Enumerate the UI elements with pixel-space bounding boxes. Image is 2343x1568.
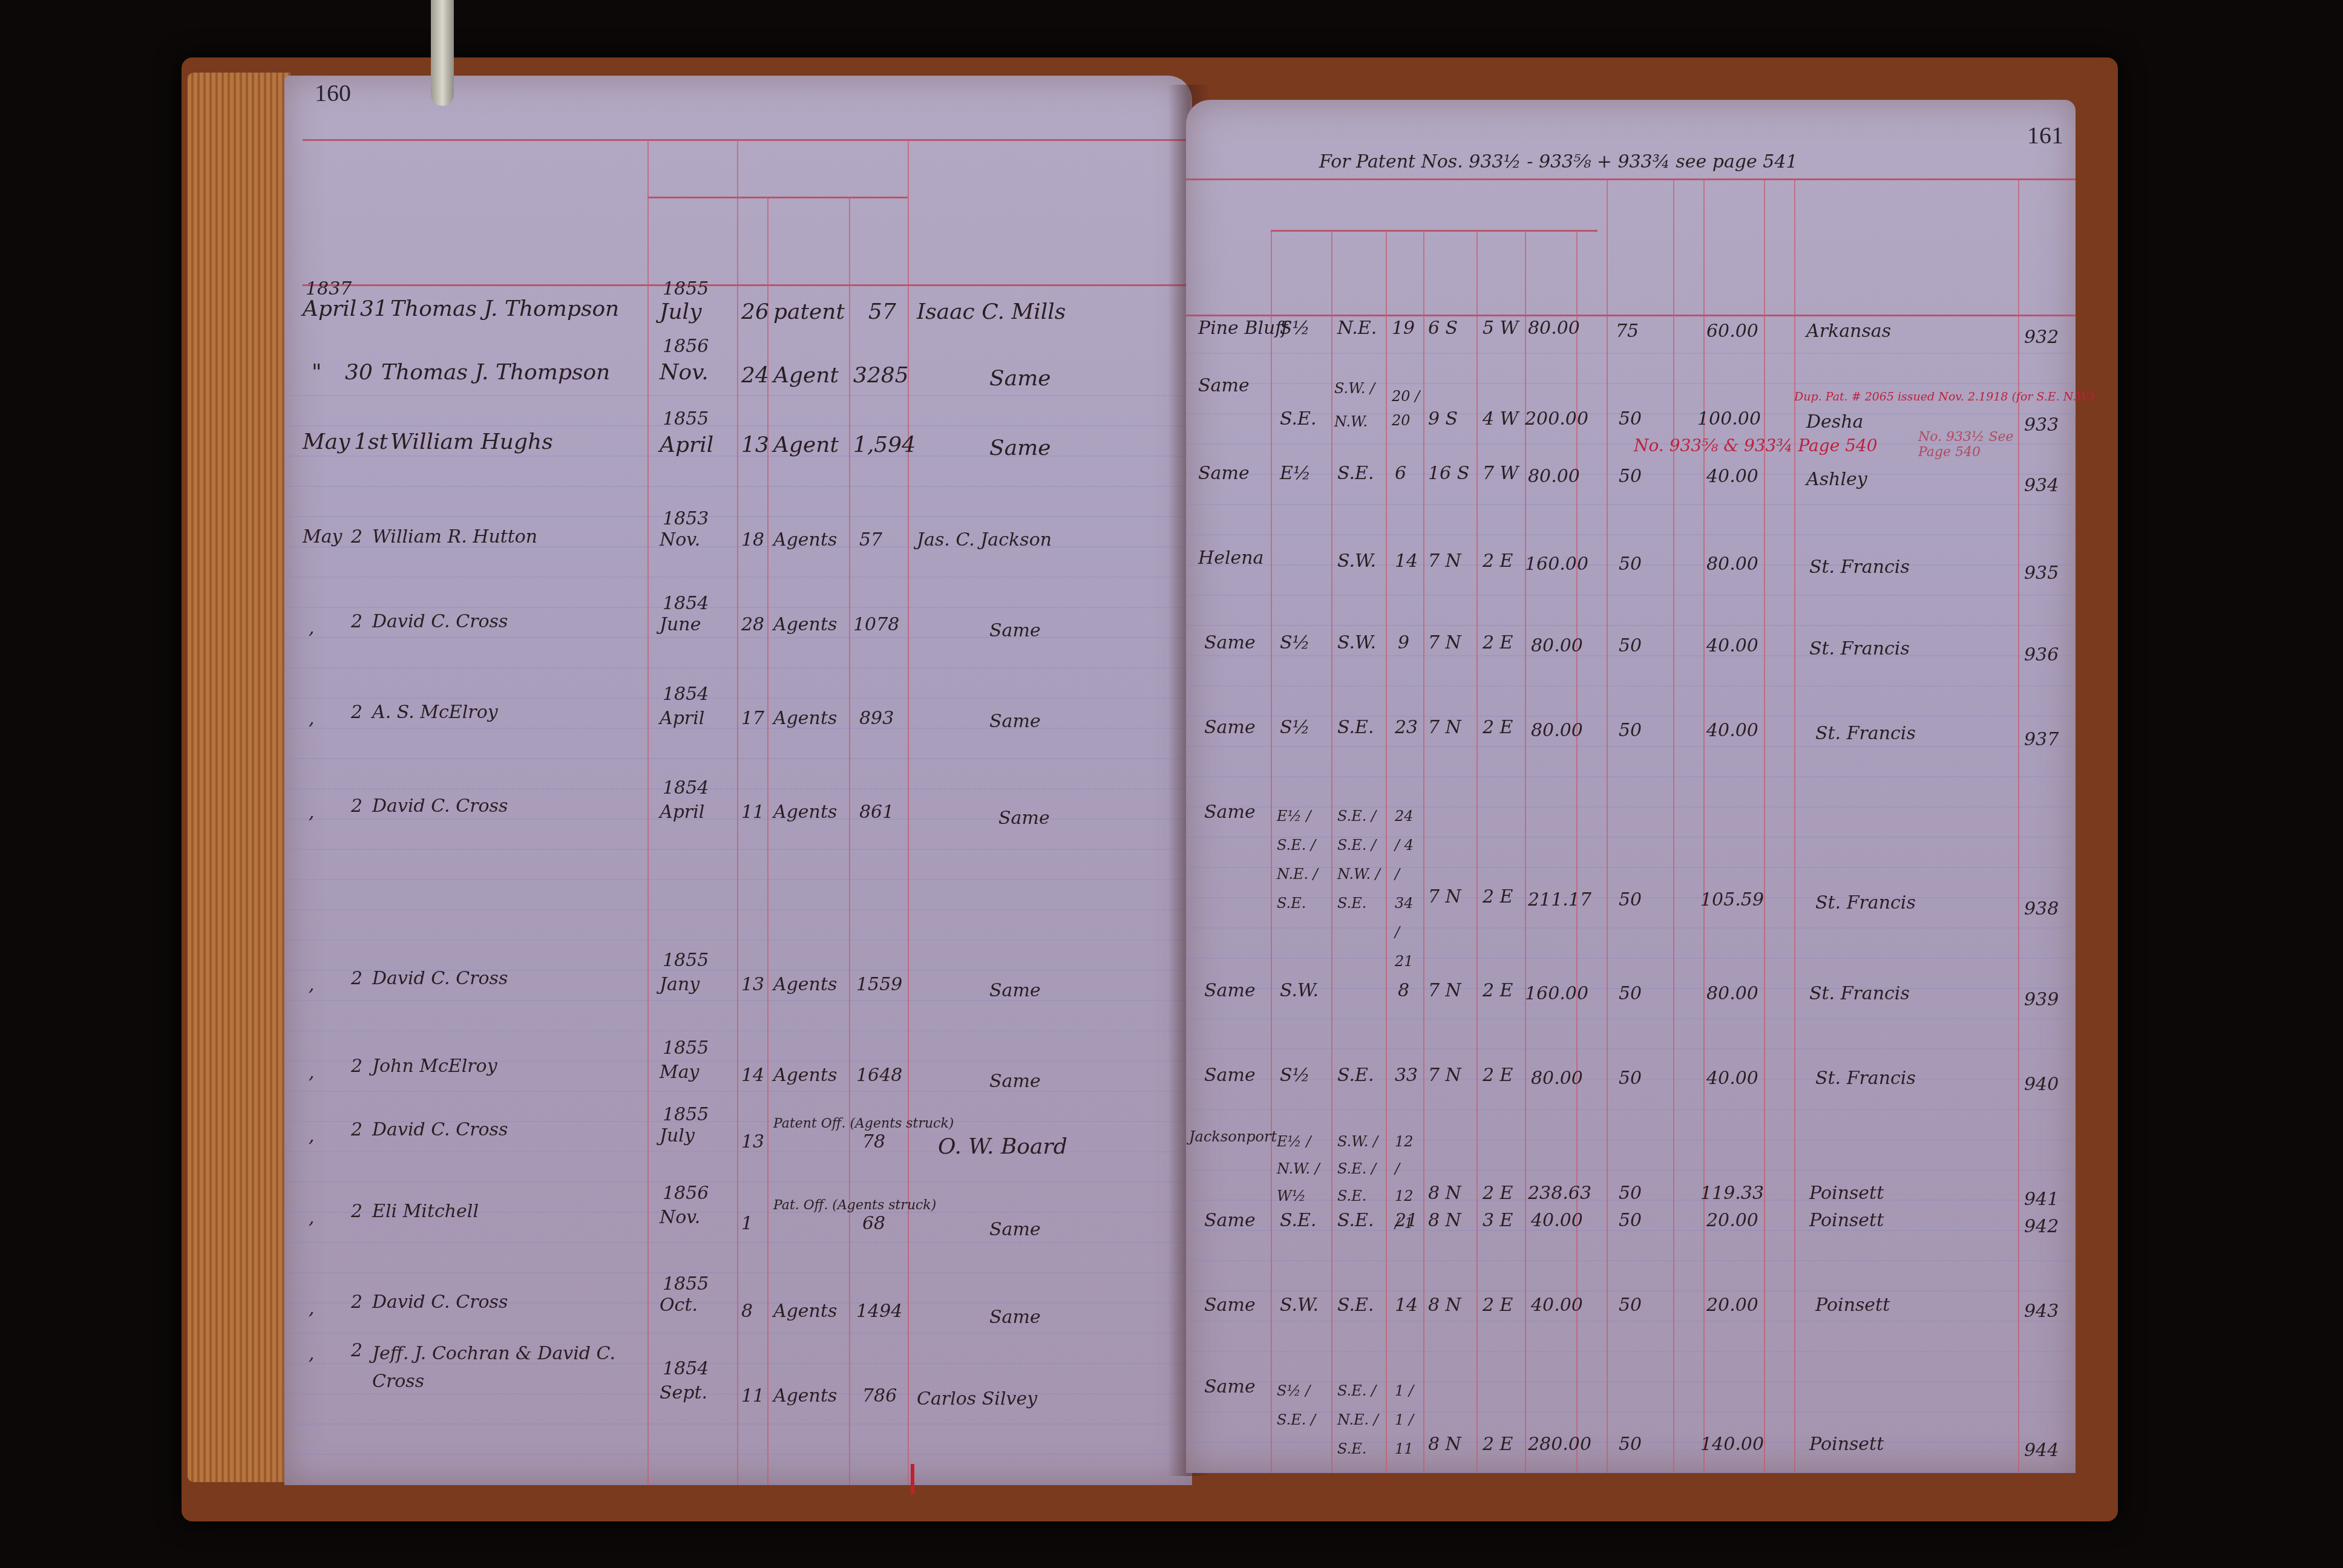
cert-day: 13 <box>741 1131 764 1152</box>
land-office: Same <box>1204 1376 1256 1397</box>
header-rule-top <box>1186 178 2076 180</box>
entry-day: 2 <box>351 611 362 632</box>
county: Poinsett <box>1815 1295 1890 1316</box>
subdivision-part: S.E. <box>1280 1210 1316 1231</box>
township: 8 N <box>1428 1210 1461 1231</box>
range: 2 E <box>1483 1434 1513 1455</box>
cert-year: 1855 <box>663 950 709 971</box>
land-office: Helena <box>1198 547 1263 569</box>
col-divider <box>849 197 850 1485</box>
entry-month: , <box>309 1125 315 1146</box>
entry-day: 1st <box>354 430 388 454</box>
township: 16 S <box>1428 463 1469 484</box>
patent-number: 932 <box>2024 327 2059 348</box>
cert-month: Nov. <box>660 360 709 385</box>
township: 7 N <box>1428 632 1461 653</box>
county: St. Francis <box>1815 1068 1916 1089</box>
acres: 80.00 <box>1531 720 1583 741</box>
acres: 160.00 <box>1525 983 1588 1004</box>
col-divider <box>2018 178 2019 1473</box>
quarter: S.E. / N.E. / S.E. <box>1337 1376 1386 1463</box>
acres: 80.00 <box>1531 1068 1583 1089</box>
entry-month: , <box>309 1207 315 1228</box>
acres: 40.00 <box>1531 1210 1583 1231</box>
section: 21 <box>1395 1210 1418 1231</box>
amount: 100.00 <box>1697 408 1761 430</box>
page-number-right: 161 <box>2027 121 2063 149</box>
land-office: Same <box>1204 1295 1256 1316</box>
entryman-name: David C. Cross <box>372 1119 508 1140</box>
entry-month: , <box>309 1062 315 1083</box>
price-rate: 50 <box>1619 889 1642 910</box>
left-page: 160 1837 April 31 Thomas J. Thompson 185… <box>284 76 1192 1485</box>
county: St. Francis <box>1809 557 1910 578</box>
entry-month: April <box>303 296 356 321</box>
subdivision-part: S.E. <box>1280 408 1316 430</box>
cert-day: 11 <box>741 1385 764 1406</box>
land-office: Pine Bluff <box>1198 318 1288 339</box>
section: 19 <box>1392 318 1415 339</box>
cert-day: 14 <box>741 1065 764 1086</box>
entry-day: 2 <box>351 1056 362 1077</box>
acres: 200.00 <box>1525 408 1588 430</box>
cert-number: 1648 <box>856 1065 902 1086</box>
cert-month: Nov. <box>660 529 700 550</box>
header-rule-bottom <box>303 284 1192 286</box>
township: 8 N <box>1428 1295 1461 1316</box>
issued-by: patent <box>773 299 845 324</box>
land-office: Jacksonport <box>1189 1128 1277 1145</box>
assignee: Same <box>989 711 1041 732</box>
township: 7 N <box>1428 1065 1461 1086</box>
range: 5 W <box>1483 318 1518 339</box>
entryman-name: Thomas J. Thompson <box>390 296 619 321</box>
amount: 60.00 <box>1706 321 1758 342</box>
issued-by: Agents <box>773 1065 837 1086</box>
page-edges <box>188 73 290 1482</box>
assignee: Jas. C. Jackson <box>917 529 1052 550</box>
range: 7 W <box>1483 463 1518 484</box>
entryman-name: William Hughs <box>390 430 553 454</box>
cert-number: 893 <box>859 708 894 729</box>
cert-day: 1 <box>741 1213 753 1234</box>
section: 9 <box>1398 632 1409 653</box>
land-office: Same <box>1204 632 1256 653</box>
cert-year: 1855 <box>663 1273 709 1295</box>
cert-number: 1559 <box>856 974 902 995</box>
cert-year: 1855 <box>663 1104 709 1125</box>
quarter: S.W. / N.W. <box>1334 372 1389 439</box>
issued-by: Pat. Off. (Agents struck) <box>773 1198 936 1213</box>
acres: 80.00 <box>1528 466 1580 487</box>
entry-month: , <box>309 708 315 729</box>
patent-number: 941 <box>2024 1189 2059 1210</box>
amount: 20.00 <box>1706 1210 1758 1231</box>
amount: 140.00 <box>1700 1434 1764 1455</box>
assignee: Same <box>989 1219 1041 1240</box>
issued-by: Agents <box>773 1301 837 1322</box>
red-ink-mark <box>911 1464 914 1494</box>
metal-bookmark-clip <box>431 0 454 106</box>
amount: 40.00 <box>1706 635 1758 656</box>
subdivision-part: S½ <box>1280 318 1310 339</box>
section: 20 / 20 <box>1392 384 1428 433</box>
col-divider <box>1331 230 1332 1473</box>
cert-number: 786 <box>862 1385 897 1406</box>
issued-by: Agent <box>773 363 839 388</box>
cert-year: 1856 <box>663 336 709 357</box>
cert-year: 1854 <box>663 593 709 614</box>
assignee: Same <box>989 620 1041 641</box>
col-divider <box>767 197 768 1485</box>
entry-day: 2 <box>351 702 362 723</box>
county: Poinsett <box>1809 1210 1884 1231</box>
col-divider <box>1673 178 1674 1473</box>
cert-year: 1855 <box>663 278 709 299</box>
col-divider <box>737 139 738 1485</box>
patent-number: 937 <box>2024 729 2059 750</box>
page-number-left: 160 <box>315 79 351 107</box>
subdivision-part: S½ / S.E. / <box>1277 1376 1331 1434</box>
county: St. Francis <box>1815 892 1916 913</box>
patent-number: 938 <box>2024 898 2059 920</box>
assignee: Same <box>989 436 1051 460</box>
subdivision-part: S½ <box>1280 632 1310 653</box>
patent-number: 942 <box>2024 1216 2059 1237</box>
quarter: S.W. <box>1337 550 1376 572</box>
issued-by: Patent Off. (Agents struck) <box>773 1116 954 1131</box>
subdivision-part: E½ / N.W. / W½ <box>1277 1128 1331 1210</box>
quarter: S.E. <box>1337 1295 1374 1316</box>
entryman-name: David C. Cross <box>372 1292 508 1313</box>
subdivision-part: E½ <box>1280 463 1311 484</box>
subdivision-part: S.W. <box>1280 1295 1319 1316</box>
col-divider <box>1271 230 1272 1473</box>
header-rule-top <box>303 139 1192 141</box>
price-rate: 50 <box>1619 1183 1642 1204</box>
subdivision-part: S.W. <box>1280 980 1319 1001</box>
amount: 40.00 <box>1706 1068 1758 1089</box>
issued-by: Agents <box>773 614 837 635</box>
acres: 211.17 <box>1528 889 1591 910</box>
range: 2 E <box>1483 550 1513 572</box>
entryman-name: A. S. McElroy <box>372 702 498 723</box>
section: 1 / 1 / 11 <box>1395 1376 1422 1463</box>
price-rate: 50 <box>1619 554 1642 575</box>
amount: 40.00 <box>1706 720 1758 741</box>
col-divider <box>647 139 649 1485</box>
entry-month: , <box>309 1298 315 1319</box>
header-rule-mid <box>647 197 908 198</box>
issued-by: Agents <box>773 974 837 995</box>
county: Arkansas <box>1806 321 1891 342</box>
cert-day: 13 <box>741 974 764 995</box>
range: 2 E <box>1483 1295 1513 1316</box>
township: 7 N <box>1428 886 1461 907</box>
cert-year: 1853 <box>663 508 709 529</box>
cert-day: 8 <box>741 1301 753 1322</box>
range: 2 E <box>1483 1183 1513 1204</box>
col-divider <box>1703 178 1705 1473</box>
entry-day: 2 <box>351 1340 362 1361</box>
cert-day: 17 <box>741 708 764 729</box>
township: 7 N <box>1428 980 1461 1001</box>
quarter: S.W. / S.E. / S.E. <box>1337 1128 1386 1210</box>
assignee: Same <box>989 980 1041 1001</box>
cert-number: 861 <box>859 802 894 823</box>
range: 2 E <box>1483 717 1513 738</box>
section: 24 / 4 / 34 / 21 <box>1395 802 1422 976</box>
entry-month: , <box>309 1343 315 1364</box>
cert-month: April <box>660 433 713 457</box>
entry-day: 2 <box>351 1201 362 1222</box>
red-annotation: Dup. Pat. # 2065 issued Nov. 2.1918 (for… <box>1794 390 2094 403</box>
patent-number: 943 <box>2024 1301 2059 1322</box>
range: 2 E <box>1483 980 1513 1001</box>
cert-day: 18 <box>741 529 764 550</box>
cert-month: Nov. <box>660 1207 700 1228</box>
township: 7 N <box>1428 717 1461 738</box>
price-rate: 50 <box>1619 466 1642 487</box>
cert-month: Oct. <box>660 1295 698 1316</box>
assignee: Carlos Silvey <box>917 1388 1037 1410</box>
range: 2 E <box>1483 886 1513 907</box>
entry-month: May <box>303 430 350 454</box>
right-page: 161 For Patent Nos. 933½ - 933⅝ + 933¾ s… <box>1186 100 2076 1473</box>
range: 4 W <box>1483 408 1518 430</box>
cert-year: 1855 <box>663 408 709 430</box>
entryman-name: John McElroy <box>372 1056 497 1077</box>
land-office: Same <box>1204 802 1256 823</box>
price-rate: 50 <box>1619 720 1642 741</box>
cert-year: 1854 <box>663 1358 709 1379</box>
entryman-name: Thomas J. Thompson <box>381 360 610 385</box>
cert-month: April <box>660 708 704 729</box>
quarter: S.E. / S.E. / N.W. / S.E. <box>1337 802 1386 918</box>
county: St. Francis <box>1809 638 1910 659</box>
entry-day: 2 <box>351 526 362 547</box>
entry-day: 2 <box>351 1119 362 1140</box>
patent-number: 940 <box>2024 1074 2059 1095</box>
county: Ashley <box>1806 469 1867 490</box>
land-office: Same <box>1204 717 1256 738</box>
subdivision-part: S½ <box>1280 1065 1310 1086</box>
entryman-name: David C. Cross <box>372 795 508 817</box>
assignee: O. W. Board <box>938 1134 1067 1159</box>
quarter: S.E. <box>1337 1065 1374 1086</box>
issued-by: Agents <box>773 1385 837 1406</box>
entry-month: , <box>309 974 315 995</box>
red-annotation: No. 933½ See Page 540 <box>1918 430 2015 460</box>
acres: 80.00 <box>1531 635 1583 656</box>
cert-year: 1855 <box>663 1037 709 1059</box>
entry-month: " <box>312 360 322 385</box>
county: Poinsett <box>1809 1434 1884 1455</box>
amount: 119.33 <box>1700 1183 1764 1204</box>
quarter: S.E. <box>1337 717 1374 738</box>
issued-by: Agents <box>773 802 837 823</box>
section: 33 <box>1395 1065 1418 1086</box>
patent-number: 933 <box>2024 414 2059 436</box>
col-divider <box>908 139 909 1485</box>
county: Desha <box>1806 411 1863 433</box>
price-rate: 75 <box>1616 321 1639 342</box>
amount: 40.00 <box>1706 466 1758 487</box>
col-divider <box>1764 178 1765 1473</box>
township: 9 S <box>1428 408 1458 430</box>
township: 8 N <box>1428 1434 1461 1455</box>
cert-number: 1078 <box>853 614 899 635</box>
cert-year: 1854 <box>663 684 709 705</box>
entry-month: , <box>309 802 315 823</box>
quarter: N.E. <box>1337 318 1377 339</box>
cert-day: 26 <box>741 299 769 324</box>
quarter: S.E. <box>1337 1210 1374 1231</box>
section: 23 <box>1395 717 1418 738</box>
section: 6 <box>1395 463 1406 484</box>
cert-year: 1856 <box>663 1183 709 1204</box>
price-rate: 50 <box>1619 635 1642 656</box>
cert-day: 28 <box>741 614 764 635</box>
entry-month: May <box>303 526 342 547</box>
acres: 280.00 <box>1528 1434 1591 1455</box>
amount: 80.00 <box>1706 554 1758 575</box>
issued-by: Agents <box>773 708 837 729</box>
assignee: Same <box>989 366 1051 391</box>
cert-month: April <box>660 802 704 823</box>
cert-month: Sept. <box>660 1382 707 1403</box>
entry-day: 2 <box>351 795 362 817</box>
cert-number: 3285 <box>853 363 909 388</box>
cert-month: June <box>660 614 701 635</box>
assignee: Same <box>989 1307 1041 1328</box>
quarter: S.E. <box>1337 463 1374 484</box>
range: 3 E <box>1483 1210 1513 1231</box>
subdivision-part: S½ <box>1280 717 1310 738</box>
cert-number: 1494 <box>856 1301 902 1322</box>
township: 8 N <box>1428 1183 1461 1204</box>
issued-by: Agents <box>773 529 837 550</box>
entry-day: 31 <box>360 296 388 321</box>
land-office: Same <box>1204 1210 1256 1231</box>
header-rule-mid <box>1271 230 1597 232</box>
land-office: Same <box>1198 375 1250 396</box>
acres: 238.63 <box>1528 1183 1591 1204</box>
cert-year: 1854 <box>663 777 709 799</box>
entryman-name: William R. Hutton <box>372 526 537 547</box>
county: St. Francis <box>1815 723 1916 744</box>
entry-month: , <box>309 617 315 638</box>
issued-by: Agent <box>773 433 839 457</box>
entryman-name: Eli Mitchell <box>372 1201 479 1222</box>
entryman-name: David C. Cross <box>372 968 508 989</box>
section: 8 <box>1398 980 1409 1001</box>
cert-month: May <box>660 1062 700 1083</box>
township: 7 N <box>1428 550 1461 572</box>
cert-number: 68 <box>862 1213 885 1234</box>
price-rate: 50 <box>1619 408 1642 430</box>
patent-number: 934 <box>2024 475 2059 496</box>
range: 2 E <box>1483 632 1513 653</box>
patent-number: 939 <box>2024 989 2059 1010</box>
land-office: Same <box>1204 1065 1256 1086</box>
price-rate: 50 <box>1619 1068 1642 1089</box>
price-rate: 50 <box>1619 1295 1642 1316</box>
entry-day: 30 <box>345 360 373 385</box>
price-rate: 50 <box>1619 983 1642 1004</box>
patent-number: 936 <box>2024 644 2059 665</box>
col-divider <box>1794 178 1795 1473</box>
land-office: Same <box>1198 463 1250 484</box>
section: 14 <box>1395 550 1418 572</box>
header-note: For Patent Nos. 933½ - 933⅝ + 933¾ see p… <box>1319 151 1798 172</box>
assignee: Same <box>998 808 1050 829</box>
assignee: Isaac C. Mills <box>917 299 1066 324</box>
patent-number: 935 <box>2024 563 2059 584</box>
acres: 160.00 <box>1525 554 1588 575</box>
cert-day: 11 <box>741 802 764 823</box>
acres: 40.00 <box>1531 1295 1583 1316</box>
township: 6 S <box>1428 318 1458 339</box>
patent-number: 944 <box>2024 1440 2059 1461</box>
amount: 20.00 <box>1706 1295 1758 1316</box>
assignee: Same <box>989 1071 1041 1092</box>
cert-month: Jany <box>660 974 700 995</box>
acres: 80.00 <box>1528 318 1580 339</box>
cert-number: 78 <box>862 1131 885 1152</box>
price-rate: 50 <box>1619 1210 1642 1231</box>
red-annotation: No. 933⅝ & 933¾ Page 540 <box>1634 436 1878 456</box>
price-rate: 50 <box>1619 1434 1642 1455</box>
cert-number: 57 <box>859 529 882 550</box>
land-office: Same <box>1204 980 1256 1001</box>
section: 14 <box>1395 1295 1418 1316</box>
entry-day: 2 <box>351 1292 362 1313</box>
quarter: S.W. <box>1337 632 1376 653</box>
entryman-name: Jeff. J. Cochran & David C. Cross <box>372 1340 626 1396</box>
range: 2 E <box>1483 1065 1513 1086</box>
cert-month: July <box>660 1125 695 1146</box>
amount: 80.00 <box>1706 983 1758 1004</box>
header-rule-bottom <box>1186 315 2076 316</box>
amount: 105.59 <box>1700 889 1764 910</box>
entryman-name: David C. Cross <box>372 611 508 632</box>
cert-day: 13 <box>741 433 769 457</box>
county: Poinsett <box>1809 1183 1884 1204</box>
county: St. Francis <box>1809 983 1910 1004</box>
cert-number: 1,594 <box>853 433 916 457</box>
col-divider <box>1476 230 1478 1473</box>
entry-day: 2 <box>351 968 362 989</box>
col-divider <box>1607 178 1608 1473</box>
cert-day: 24 <box>741 363 769 388</box>
cert-number: 57 <box>868 299 896 324</box>
cert-month: July <box>660 299 701 324</box>
subdivision-part: E½ / S.E. / N.E. / S.E. <box>1277 802 1331 918</box>
